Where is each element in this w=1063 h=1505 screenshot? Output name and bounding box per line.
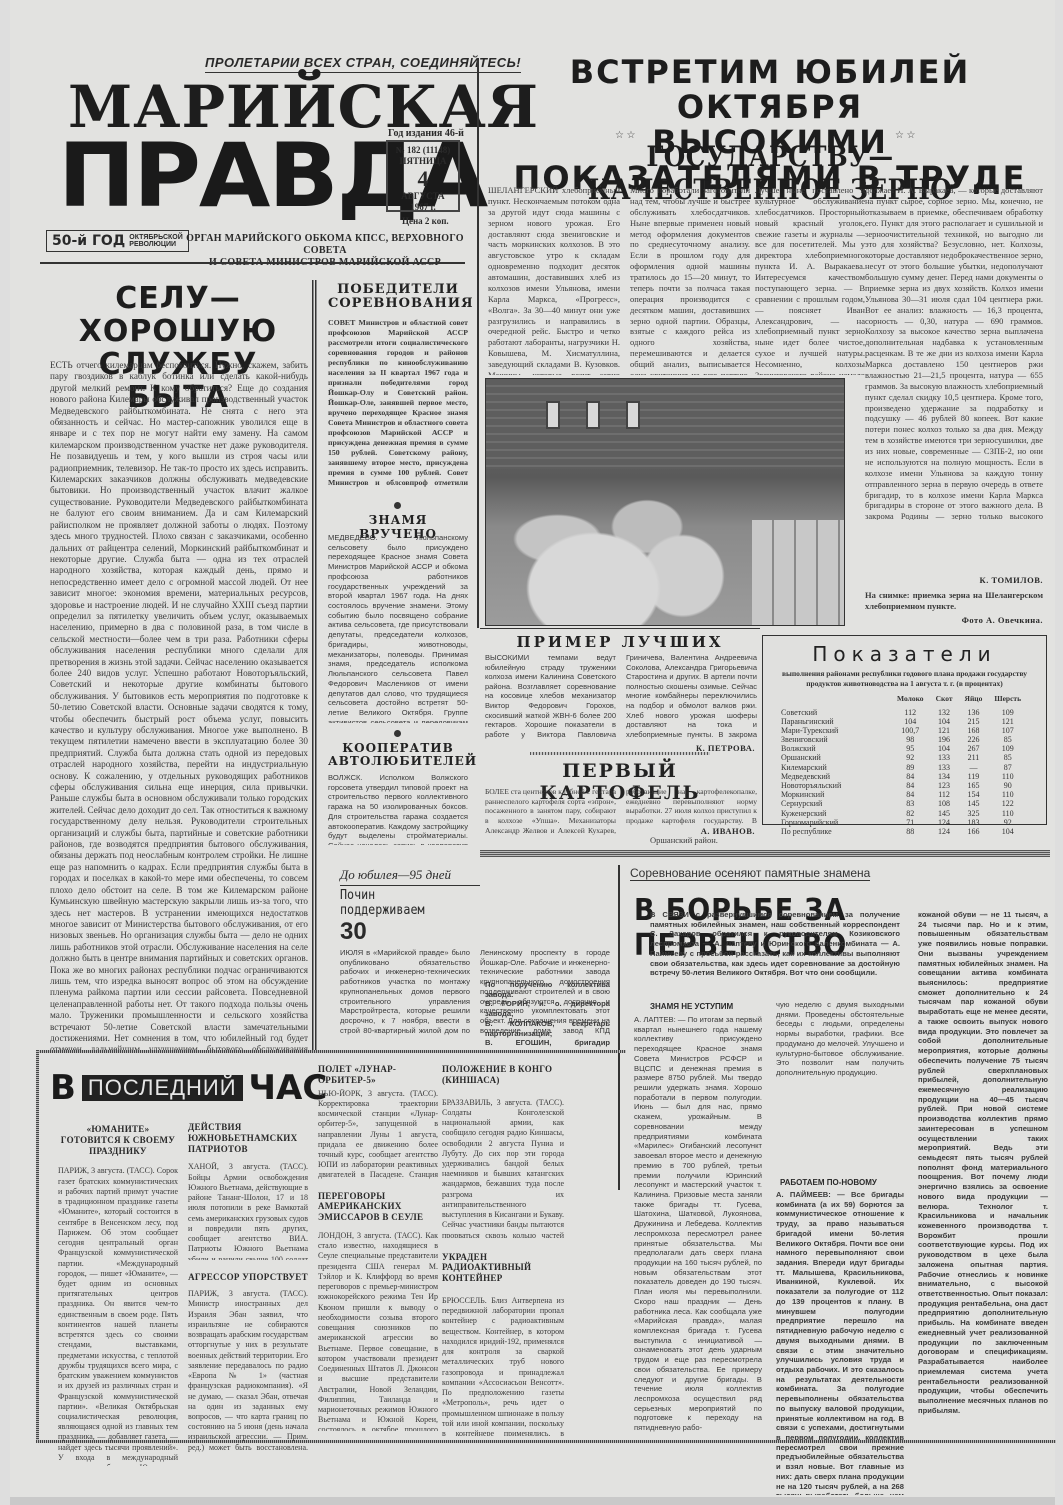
indicator-value: 154 <box>959 790 989 799</box>
indicator-value: 92 <box>988 818 1027 827</box>
news-body: ЛОНДОН, 3 августа. (ТАСС). Как стало изв… <box>318 1231 438 1431</box>
indicator-value: 183 <box>959 818 989 827</box>
winners-title: ПОБЕДИТЕЛИ СОРЕВНОВАНИЯ <box>328 283 468 312</box>
indicator-value: 132 <box>930 708 959 717</box>
indicator-value: 109 <box>988 744 1027 753</box>
indicators-row: Медведевский84134119110 <box>781 772 1027 781</box>
header-livestock: Скот <box>930 692 959 708</box>
lead-column-4: должает И. А. Выракаев, — которые достав… <box>865 185 1043 520</box>
winners-body: СОВЕТ Министров и областной совет профсо… <box>328 318 468 488</box>
jubilee-body-lead <box>368 920 480 950</box>
indicator-value: 145 <box>930 809 959 818</box>
indicators-row: Килемарский89133—87 <box>781 763 1027 772</box>
issue-month: АВГУСТА <box>388 191 458 202</box>
indicators-row: Звениговский9819622685 <box>781 735 1027 744</box>
indicators-table: Молоко Скот Яйцо Шерсть Советский1121321… <box>781 692 1027 837</box>
first-potato-place: Оршанский район. <box>650 835 760 847</box>
news-title: ПОЛЕТ «ЛУНАР-ОРБИТЕР-5» <box>318 1064 438 1086</box>
indicators-row: Волжский95104267109 <box>781 744 1027 753</box>
issue-year: 1967 г. <box>388 202 458 213</box>
news-title: АГРЕССОР УПОРСТВУЕТ <box>188 1272 308 1283</box>
indicator-value: 133 <box>930 763 959 772</box>
indicators-row: По республике88124166104 <box>781 827 1027 836</box>
indicator-value: 82 <box>891 809 930 818</box>
indicator-value: 87 <box>988 763 1027 772</box>
news-body: БРАЗЗАВИЛЬ, 3 августа. (ТАСС). Солдаты К… <box>442 1098 564 1238</box>
contest-col2: чую неделю с двумя выходными днями. Пров… <box>776 1000 904 1180</box>
contest-col1: А. ЛАПТЕВ: — По итогам за первый квартал… <box>634 1015 762 1495</box>
district-name: Новоторъяльский <box>781 781 891 790</box>
last-hour-left-rule <box>36 1050 39 1443</box>
last-hour-label: В ПОСЛЕДНИЙ ЧАС <box>50 1068 327 1108</box>
indicator-value: 92 <box>891 753 930 762</box>
indicator-value: 84 <box>891 772 930 781</box>
lead-column-1: ШЕЛАНГЕРСКИЙ хлебоприемный пункт. Нескон… <box>488 185 620 375</box>
weekday: ПЯТНИЦА <box>388 156 458 167</box>
window <box>626 401 640 429</box>
organ-line1: ОРГАН МАРИЙСКОГО ОБКОМА КПСС, ВЕРХОВНОГО… <box>180 233 470 257</box>
news-item: «ЮМАНИТЕ» ГОТОВИТСЯ К СВОЕМУ ПРАЗДНИКУ П… <box>58 1124 178 1466</box>
indicator-value: 104 <box>930 744 959 753</box>
indicator-value: 90 <box>988 781 1027 790</box>
last-hour-label-end: ЧАС <box>249 1068 328 1108</box>
bullet-separator-icon <box>394 502 401 509</box>
indicator-value: 71 <box>891 818 930 827</box>
indicator-value: 109 <box>988 708 1027 717</box>
indicators-row: Сернурский83108145122 <box>781 799 1027 808</box>
column-rule <box>477 58 479 628</box>
indicators-row: Параньгинский104104215121 <box>781 717 1027 726</box>
editorial-body: ЕСТЬ отчего килемарцам беспокоиться. Нуж… <box>50 360 308 1050</box>
indicator-value: 104 <box>988 827 1027 836</box>
anniversary-badge: 50-й ГОД ОКТЯБРЬСКОЙ РЕВОЛЮЦИИ <box>46 230 189 252</box>
indicator-value: 145 <box>959 799 989 808</box>
coop-body: ВОЛЖСК. Исполком Волжского горсовета утв… <box>328 773 468 845</box>
news-title: ПОЛОЖЕНИЕ В КОНГО (КИНШАСА) <box>442 1064 564 1086</box>
anniversary-badge-year: 50-й ГОД <box>52 233 125 249</box>
indicator-value: 121 <box>930 726 959 735</box>
indicator-value: 110 <box>988 772 1027 781</box>
district-name: Звениговский <box>781 735 891 744</box>
district-name: Моркинский <box>781 790 891 799</box>
news-item: ДЕЙСТВИЯ ЮЖНОВЬЕТНАМСКИХ ПАТРИОТОВ ХАНОЙ… <box>188 1122 308 1454</box>
indicator-value: 196 <box>930 735 959 744</box>
indicator-value: 211 <box>959 753 989 762</box>
news-body: ПАРИЖ, 3 августа. (ТАСС). Сорок газет бр… <box>58 1166 178 1466</box>
contest-sub1: ЗНАМЯ НЕ УСТУПИМ <box>650 1002 733 1011</box>
contest-intro: В СВЯЗИ с развернувшимся соревнованием з… <box>650 910 900 1000</box>
indicators-row: Куженерский82145325110 <box>781 809 1027 818</box>
signatory: В. ГОРИН, и. о. директора завода; <box>485 999 610 1018</box>
indicator-value: 119 <box>959 772 989 781</box>
signatory: В. ЕГОШИН, бригадир стендового отделения… <box>485 1038 610 1050</box>
district-name: Оршанский <box>781 753 891 762</box>
bullet-separator-icon <box>394 730 401 737</box>
indicators-row: Новоторъяльский8412316590 <box>781 781 1027 790</box>
lead-headline-line1: ВСТРЕТИМ ЮБИЛЕЙ ОКТЯБРЯ <box>490 55 1050 125</box>
indicator-value: 136 <box>959 708 989 717</box>
masthead-rule <box>40 262 465 264</box>
coop-title: КООПЕРАТИВ АВТОЛЮБИТЕЛЕЙ <box>328 742 468 768</box>
log-house <box>486 379 844 469</box>
news-body: НЬЮ-ЙОРК, 3 августа. (ТАСС). Корректиров… <box>318 1089 438 1179</box>
contest-col2b: А. ПАЙМЕЕВ: — Все бригады комбината (а и… <box>776 1190 904 1495</box>
indicator-value: 168 <box>959 726 989 735</box>
anniversary-badge-caption: ОКТЯБРЬСКОЙ РЕВОЛЮЦИИ <box>129 234 182 248</box>
indicator-value: 134 <box>930 772 959 781</box>
jubilee-kicker: До юбилея—95 дней <box>340 867 480 886</box>
last-hour-label-b: В <box>50 1068 76 1108</box>
news-body: ПАРИЖ, 3 августа. (ТАСС). Министр иностр… <box>188 1289 308 1454</box>
indicator-value: 121 <box>988 717 1027 726</box>
wooden-planks <box>752 520 844 625</box>
news-body: БРЮССЕЛЬ. Близ Антверпена из передвижной… <box>442 1296 564 1436</box>
jubilee-on-behalf: По поручению коллектива завода: <box>485 980 610 999</box>
column-double-rule <box>312 280 318 1050</box>
district-name: Куженерский <box>781 809 891 818</box>
window <box>586 401 600 429</box>
news-body: ХАНОЙ, 3 августа. (ТАСС). Бойцы Армии ос… <box>188 1162 308 1260</box>
indicator-value: 110 <box>988 790 1027 799</box>
banner-body: МЕДВЕДЕВО. Люльпанскому сельсовету было … <box>328 533 468 723</box>
indicator-value: 83 <box>891 799 930 808</box>
indicators-box: Показатели выполнения районами республик… <box>762 635 1047 825</box>
district-name: Мари-Турекский <box>781 726 891 735</box>
indicator-value: 107 <box>988 726 1027 735</box>
contest-col3: кожаной обуви — не 11 тысяч, а 24 тысячи… <box>918 910 1048 1495</box>
indicator-value: 100,7 <box>891 726 930 735</box>
indicator-value: 85 <box>988 753 1027 762</box>
indicator-value: 124 <box>930 818 959 827</box>
indicators-subtitle: выполнения районами республики годового … <box>771 669 1038 689</box>
issue-number: № 182 (11148) <box>388 145 458 156</box>
contest-kicker: Соревнование осеняют памятные знамена <box>630 866 870 881</box>
indicator-value: 104 <box>930 717 959 726</box>
last-hour-label-mid: ПОСЛЕДНИЙ <box>82 1075 243 1101</box>
district-name: Волжский <box>781 744 891 753</box>
newspaper-page: ПРОЛЕТАРИИ ВСЕХ СТРАН, СОЕДИНЯЙТЕСЬ! МАР… <box>10 0 1055 1505</box>
best-example-title: ПРИМЕР ЛУЧШИХ <box>480 633 760 651</box>
issue-day: 4 <box>388 167 458 191</box>
badge-caption-line1: ОКТЯБРЬСКОЙ <box>129 234 182 241</box>
signatory: В. КОЛПАКОВ, секретарь парторганизации; <box>485 1019 610 1038</box>
news-item: ПОЛОЖЕНИЕ В КОНГО (КИНШАСА) БРАЗЗАВИЛЬ, … <box>442 1064 564 1436</box>
issue-date-box: № 182 (11148) ПЯТНИЦА 4 АВГУСТА 1967 г. <box>386 140 460 212</box>
district-name: Килемарский <box>781 763 891 772</box>
header-wool: Шерсть <box>988 692 1027 708</box>
lead-column-3: Лучше ныне поставлено и культурное обслу… <box>755 185 865 375</box>
lead-author: К. ТОМИЛОВ. <box>865 575 1043 585</box>
indicator-value: 166 <box>959 827 989 836</box>
photo-credit: Фото А. Овечкина. <box>865 615 1043 625</box>
news-item: ПОЛЕТ «ЛУНАР-ОРБИТЕР-5» НЬЮ-ЙОРК, 3 авгу… <box>318 1064 438 1431</box>
coop-title-line2: АВТОЛЮБИТЕЛЕЙ <box>328 755 468 768</box>
indicator-value: 123 <box>930 781 959 790</box>
indicator-value: 112 <box>891 708 930 717</box>
price: Цена 2 коп. <box>402 216 449 226</box>
news-title: ПЕРЕГОВОРЫ АМЕРИКАНСКИХ ЭМИССАРОВ В СЕУЛ… <box>318 1191 438 1223</box>
indicator-value: 84 <box>891 790 930 799</box>
indicators-header-row: Молоко Скот Яйцо Шерсть <box>781 692 1027 708</box>
indicator-value: 267 <box>959 744 989 753</box>
grain-reception-photo <box>485 378 845 626</box>
header-district <box>781 692 891 708</box>
section-rule <box>480 628 760 629</box>
indicator-value: 165 <box>959 781 989 790</box>
header-eggs: Яйцо <box>959 692 989 708</box>
indicator-value: 85 <box>988 735 1027 744</box>
news-title: ДЕЙСТВИЯ ЮЖНОВЬЕТНАМСКИХ ПАТРИОТОВ <box>188 1122 308 1154</box>
best-example-body: ВЫСОКИМИ темпами ведут юбилейную страду … <box>485 653 757 743</box>
jubilee-signatories: По поручению коллектива завода: В. ГОРИН… <box>485 980 610 1050</box>
news-title: УКРАДЕН РАДИОАКТИВНЫЙ КОНТЕЙНЕР <box>442 1252 564 1284</box>
section-band <box>480 850 1050 857</box>
section-rule-hatched <box>530 752 710 755</box>
jubilee-title: Почин поддерживаем <box>340 888 466 918</box>
page-bottom-edge <box>10 1497 1055 1505</box>
indicator-value: 108 <box>930 799 959 808</box>
photo-caption: На снимке: приемка зерна на Шелангерском… <box>865 590 1043 614</box>
indicator-value: 112 <box>930 790 959 799</box>
district-name: По республике <box>781 827 891 836</box>
district-name: Медведевский <box>781 772 891 781</box>
contest-sub2: РАБОТАЕМ ПО-НОВОМУ <box>780 1178 877 1187</box>
indicator-value: 95 <box>891 744 930 753</box>
indicators-row: Мари-Турекский100,7121168107 <box>781 726 1027 735</box>
indicator-value: 84 <box>891 781 930 790</box>
indicator-value: 124 <box>930 827 959 836</box>
district-name: Параньгинский <box>781 717 891 726</box>
indicator-value: 122 <box>988 799 1027 808</box>
indicator-value: 88 <box>891 827 930 836</box>
motto: ПРОЛЕТАРИИ ВСЕХ СТРАН, СОЕДИНЯЙТЕСЬ! <box>205 55 521 73</box>
indicators-row: Советский112132136109 <box>781 708 1027 717</box>
indicator-value: 89 <box>891 763 930 772</box>
indicator-value: 110 <box>988 809 1027 818</box>
indicators-row: Горномарийский7112418392 <box>781 818 1027 827</box>
year-of-publication: Год издания 46-й <box>388 128 464 139</box>
indicator-value: 104 <box>891 717 930 726</box>
indicator-value: 98 <box>891 735 930 744</box>
header-milk: Молоко <box>891 692 930 708</box>
window <box>546 401 560 429</box>
editorial-headline-line1: СЕЛУ—ХОРОШУЮ <box>48 282 308 348</box>
jubilee-dropdate: 30 <box>340 918 367 946</box>
indicators-row: Моркинский84112154110 <box>781 790 1027 799</box>
indicators-row: Оршанский9213321185 <box>781 753 1027 762</box>
indicator-value: — <box>959 763 989 772</box>
district-name: Советский <box>781 708 891 717</box>
indicator-value: 215 <box>959 717 989 726</box>
lead-column-2: Много поработали заготовители над тем, ч… <box>630 185 750 375</box>
indicator-value: 325 <box>959 809 989 818</box>
district-name: Горномарийский <box>781 818 891 827</box>
district-name: Сернурский <box>781 799 891 808</box>
indicator-value: 226 <box>959 735 989 744</box>
indicator-value: 133 <box>930 753 959 762</box>
indicators-title: Показатели <box>763 642 1046 666</box>
last-hour-top-rule <box>36 1050 626 1053</box>
column-rule <box>618 865 620 1190</box>
badge-caption-line2: РЕВОЛЮЦИИ <box>129 241 176 248</box>
news-title: «ЮМАНИТЕ» ГОТОВИТСЯ К СВОЕМУ ПРАЗДНИКУ <box>58 1124 178 1156</box>
